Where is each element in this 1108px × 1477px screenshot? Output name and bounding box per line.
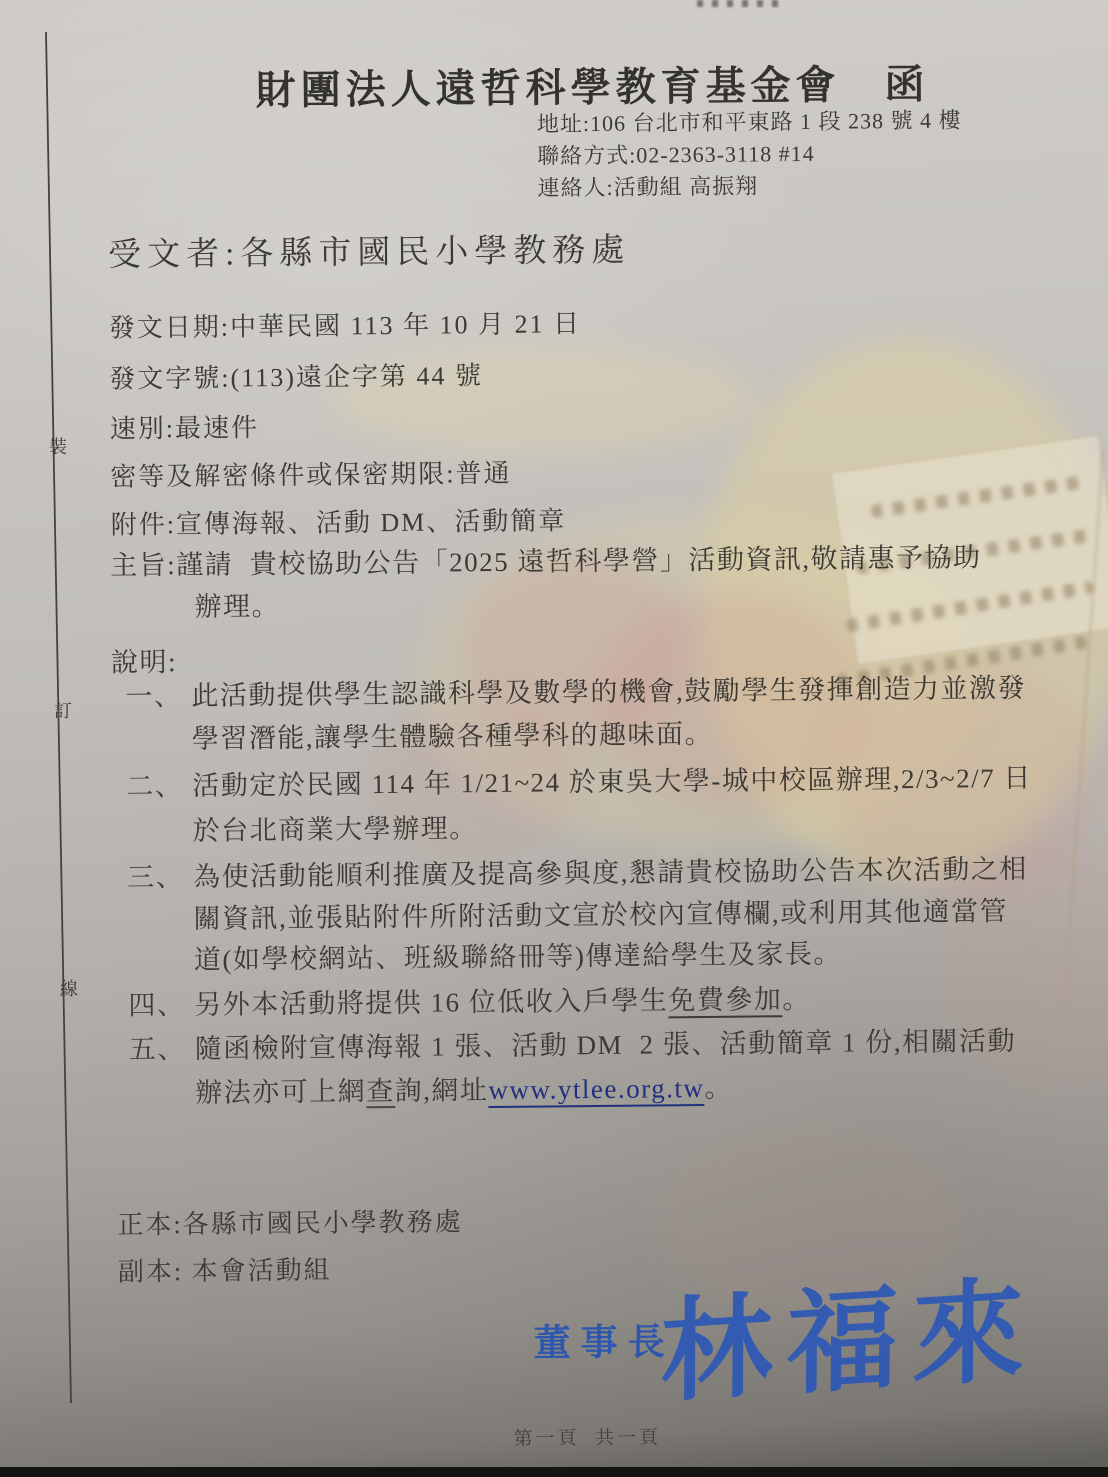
contact-person-line: 連絡人:活動組 高振翔	[537, 168, 962, 204]
website-url: www.ytlee.org.tw	[488, 1073, 704, 1108]
item-3-line-2: 關資訊,並張貼附件所附活動文宣於校內宣傳欄,或利用其他適當管	[193, 889, 1008, 936]
subject-line-2: 辦理。	[194, 584, 280, 624]
page-number-footer: 第一頁 共一頁	[513, 1422, 661, 1450]
item-2-line-2: 於台北商業大學辦理。	[192, 806, 477, 848]
item-4-line: 四、另外本活動將提供 16 位低收入戶學生免費參加。	[128, 977, 811, 1023]
item-5-line-1: 五、隨函檢附宣傳海報 1 張、活動 DM 2 張、活動簡章 1 份,相關活動	[129, 1019, 1017, 1067]
item-4-number: 四、	[128, 983, 194, 1023]
item-1-line-1: 一、此活動提供學生認識科學及數學的機會,鼓勵學生發揮創造力並激發	[125, 666, 1026, 714]
doc-type-label: 函	[884, 62, 929, 107]
doc-number-line: 發文字號:(113)遠企字第 44 號	[109, 355, 483, 396]
recipient-line: 受文者:各縣市國民小學教務處	[108, 224, 631, 276]
original-copy-line: 正本:各縣市國民小學教務處	[117, 1201, 463, 1241]
item-3-line-3: 道(如學校網站、班級聯絡冊等)傳達給學生及家長。	[194, 932, 842, 977]
item-1-number: 一、	[125, 674, 191, 714]
item-2-line-1: 二、活動定於民國 114 年 1/21~24 於東吳大學-城中校區辦理,2/3~…	[126, 756, 1032, 804]
subject-line-1: 主旨:謹請 貴校協助公告「2025 遠哲科學營」活動資訊,敬請惠予協助	[110, 535, 982, 582]
item-5-number: 五、	[129, 1027, 195, 1067]
speed-line: 速別:最速件	[110, 407, 260, 445]
chairman-signature: 林福來	[660, 1240, 1039, 1425]
chairman-title: 董事長	[533, 1311, 675, 1366]
photo-bottom-edge	[0, 1467, 1108, 1477]
item-1-line-2: 學習潛能,讓學生體驗各種學科的趣味面。	[192, 712, 714, 756]
item-3-line-1: 三、為使活動能順利推廣及提高參與度,懇請貴校協助公告本次活動之相	[127, 847, 1028, 895]
cc-copy-line: 副本: 本會活動組	[118, 1250, 332, 1289]
address-line: 地址:106 台北市和平東路 1 段 238 號 4 樓	[537, 104, 962, 140]
attachments-line: 附件:宣傳海報、活動 DM、活動簡章	[111, 500, 567, 541]
item-3-number: 三、	[127, 855, 193, 895]
free-participation-underlined: 免費參加	[668, 984, 782, 1018]
scanned-letter-page: 裝 訂 線 財團法人遠哲科學教育基金會函 地址:106 台北市和平東路 1 段 …	[0, 0, 1108, 1477]
security-line: 密等及解密條件或保密期限:普通	[110, 453, 512, 494]
item-2-number: 二、	[126, 764, 192, 804]
letterhead-contact-block: 地址:106 台北市和平東路 1 段 238 號 4 樓 聯絡方式:02-236…	[537, 104, 963, 204]
phone-line: 聯絡方式:02-2363-3118 #14	[537, 136, 962, 172]
item-5-line-2: 辦法亦可上網查詢,網址www.ytlee.org.tw。	[195, 1066, 733, 1110]
issue-date-line: 發文日期:中華民國 113 年 10 月 21 日	[109, 303, 582, 345]
letter-content: 財團法人遠哲科學教育基金會函 地址:106 台北市和平東路 1 段 238 號 …	[0, 0, 1108, 1477]
